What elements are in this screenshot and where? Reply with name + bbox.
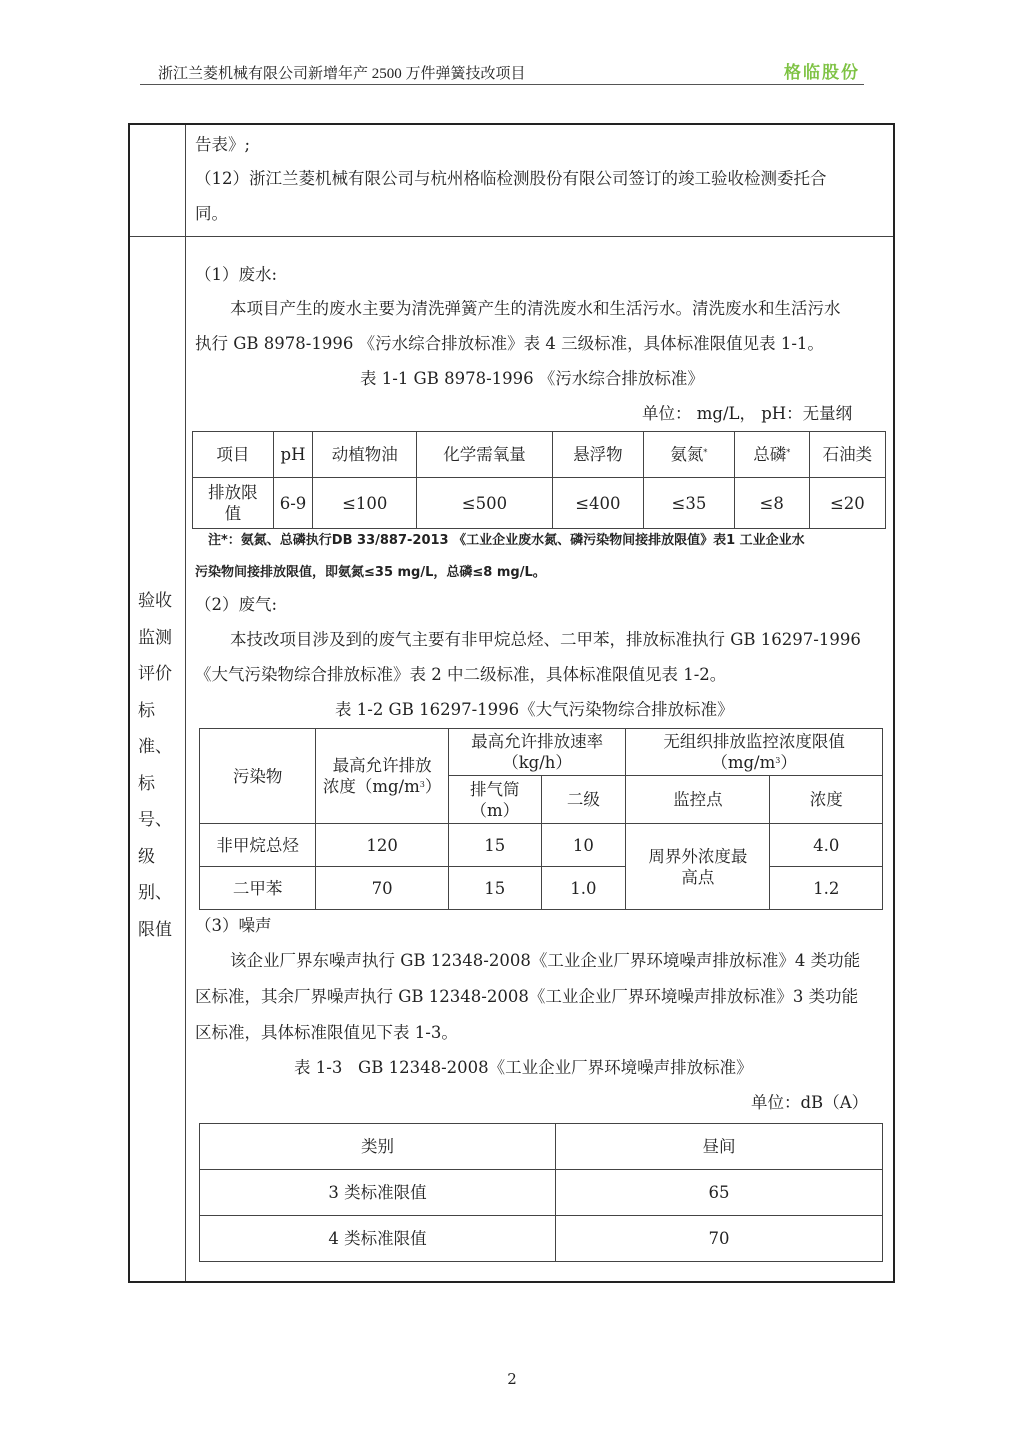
value-cell: 120 — [316, 824, 449, 867]
header-fugitive-limit: 无组织排放监控浓度限值 （mg/m3） — [626, 729, 883, 776]
header-cell: 项目 — [193, 432, 274, 478]
header-cell: 石油类 — [809, 432, 885, 478]
top-line-3: 同。 — [195, 200, 228, 224]
section-label: 验收 监测 评价 标 准、 标 号、 级 别、 限值 — [138, 583, 178, 948]
table-1-3-caption: 表 1-3 GB 12348-2008《工业企业厂界环境噪声排放标准》 — [294, 1054, 753, 1078]
label-part: 级 — [138, 839, 178, 876]
waste-gas-table: 污染物 最高允许排放 浓度（mg/m3） 最高允许排放速率 （kg/h） 无组织… — [199, 728, 883, 910]
label-part: 号、 — [138, 802, 178, 839]
value-cell: 15 — [448, 824, 541, 867]
table-header-row: 污染物 最高允许排放 浓度（mg/m3） 最高允许排放速率 （kg/h） 无组织… — [200, 729, 883, 776]
brand-logo: 格临股份 — [784, 58, 860, 83]
table-header-row: 类别 昼间 — [200, 1124, 883, 1170]
header-cell: 悬浮物 — [552, 432, 644, 478]
table-row: 3 类标准限值 65 — [200, 1170, 883, 1216]
header-monitor-point: 监控点 — [626, 776, 770, 824]
table-header-row: 项目 pH 动植物油 化学需氧量 悬浮物 氨氮* 总磷* 石油类 — [193, 432, 886, 478]
column-divider — [185, 125, 186, 1281]
row-divider — [130, 236, 893, 237]
value-cell: ≤400 — [552, 478, 644, 529]
value-cell: 15 — [448, 867, 541, 910]
noise-table: 类别 昼间 3 类标准限值 65 4 类标准限值 70 — [199, 1123, 883, 1262]
label-part: 限值 — [138, 912, 178, 949]
header-stack-height: 排气筒 （m） — [448, 776, 541, 824]
label-part: 标 — [138, 766, 178, 803]
value-cell: ≤20 — [809, 478, 885, 529]
pollutant-cell: 二甲苯 — [200, 867, 316, 910]
category-cell: 3 类标准限值 — [200, 1170, 556, 1216]
noise-heading: （3）噪声 — [195, 912, 272, 936]
header-max-concentration: 最高允许排放 浓度（mg/m3） — [316, 729, 449, 824]
table-row: 非甲烷总烃 120 15 10 周界外浓度最 高点 4.0 — [200, 824, 883, 867]
label-part: 准、 — [138, 729, 178, 766]
pollutant-cell: 非甲烷总烃 — [200, 824, 316, 867]
header-cell: 化学需氧量 — [417, 432, 552, 478]
table-1-3-unit: 单位：dB（A） — [751, 1089, 868, 1113]
value-cell: 4.0 — [770, 824, 883, 867]
value-cell: 70 — [316, 867, 449, 910]
label-part: 标 — [138, 693, 178, 730]
header-cell: 昼间 — [556, 1124, 883, 1170]
wastewater-heading: （1）废水: — [195, 261, 277, 285]
value-cell: ≤100 — [313, 478, 417, 529]
top-line-2: （12）浙江兰菱机械有限公司与杭州格临检测股份有限公司签订的竣工验收检测委托合 — [195, 165, 827, 189]
noise-para-1: 该企业厂界东噪声执行 GB 12348-2008《工业企业厂界环境噪声排放标准》… — [230, 947, 860, 971]
label-part: 别、 — [138, 875, 178, 912]
page-header: 浙江兰菱机械有限公司新增年产 2500 万件弹簧技改项目 格临股份 — [140, 58, 864, 85]
value-cell: 6-9 — [273, 478, 312, 529]
table-1-2-caption: 表 1-2 GB 16297-1996《大气污染物综合排放标准》 — [335, 696, 734, 720]
content-frame: 告表》; （12）浙江兰菱机械有限公司与杭州格临检测股份有限公司签订的竣工验收检… — [128, 123, 895, 1283]
header-max-rate: 最高允许排放速率 （kg/h） — [448, 729, 625, 776]
header-grade-2: 二级 — [541, 776, 626, 824]
table-row: 二甲苯 70 15 1.0 1.2 — [200, 867, 883, 910]
wastewater-note-1: 注*：氨氮、总磷执行DB 33/887-2013 《工业企业废水氮、磷污染物间接… — [208, 529, 805, 548]
header-pollutant: 污染物 — [200, 729, 316, 824]
header-cell: pH — [273, 432, 312, 478]
value-cell: 65 — [556, 1170, 883, 1216]
waste-gas-heading: （2）废气: — [195, 591, 277, 615]
value-cell: 10 — [541, 824, 626, 867]
page-number: 2 — [0, 1370, 1024, 1388]
top-line-1: 告表》; — [195, 131, 250, 155]
monitor-point-cell: 周界外浓度最 高点 — [626, 824, 770, 910]
waste-gas-para-1: 本技改项目涉及到的废气主要有非甲烷总烃、二甲苯，排放标准执行 GB 16297-… — [230, 626, 861, 650]
noise-para-3: 区标准，具体标准限值见下表 1-3。 — [195, 1019, 458, 1043]
noise-para-2: 区标准，其余厂界噪声执行 GB 12348-2008《工业企业厂界环境噪声排放标… — [195, 983, 858, 1007]
header-cell: 氨氮* — [644, 432, 734, 478]
label-part: 评价 — [138, 656, 178, 693]
row-label-cell: 排放限值 — [193, 478, 274, 529]
table-row: 4 类标准限值 70 — [200, 1216, 883, 1262]
wastewater-para-2: 执行 GB 8978-1996 《污水综合排放标准》表 4 三级标准，具体标准限… — [195, 330, 824, 354]
header-cell: 类别 — [200, 1124, 556, 1170]
value-cell: ≤8 — [734, 478, 809, 529]
value-cell: ≤35 — [644, 478, 734, 529]
table-row: 排放限值 6-9 ≤100 ≤500 ≤400 ≤35 ≤8 ≤20 — [193, 478, 886, 529]
value-cell: 1.2 — [770, 867, 883, 910]
label-part: 监测 — [138, 620, 178, 657]
value-cell: 70 — [556, 1216, 883, 1262]
waste-gas-para-2: 《大气污染物综合排放标准》表 2 中二级标准，具体标准限值见表 1-2。 — [195, 661, 726, 685]
label-part: 验收 — [138, 583, 178, 620]
wastewater-para-1: 本项目产生的废水主要为清洗弹簧产生的清洗废水和生活污水。清洗废水和生活污水 — [230, 295, 841, 319]
table-1-1-caption: 表 1-1 GB 8978-1996 《污水综合排放标准》 — [360, 365, 704, 389]
value-cell: ≤500 — [417, 478, 552, 529]
category-cell: 4 类标准限值 — [200, 1216, 556, 1262]
header-cell: 总磷* — [734, 432, 809, 478]
header-cell: 动植物油 — [313, 432, 417, 478]
wastewater-note-2: 污染物间接排放限值，即氨氮≤35 mg/L，总磷≤8 mg/L。 — [195, 561, 546, 580]
table-1-1-unit: 单位： mg/L， pH：无量纲 — [642, 400, 852, 424]
header-title: 浙江兰菱机械有限公司新增年产 2500 万件弹簧技改项目 — [158, 62, 526, 83]
value-cell: 1.0 — [541, 867, 626, 910]
header-concentration: 浓度 — [770, 776, 883, 824]
wastewater-table: 项目 pH 动植物油 化学需氧量 悬浮物 氨氮* 总磷* 石油类 排放限值 6-… — [192, 431, 886, 529]
